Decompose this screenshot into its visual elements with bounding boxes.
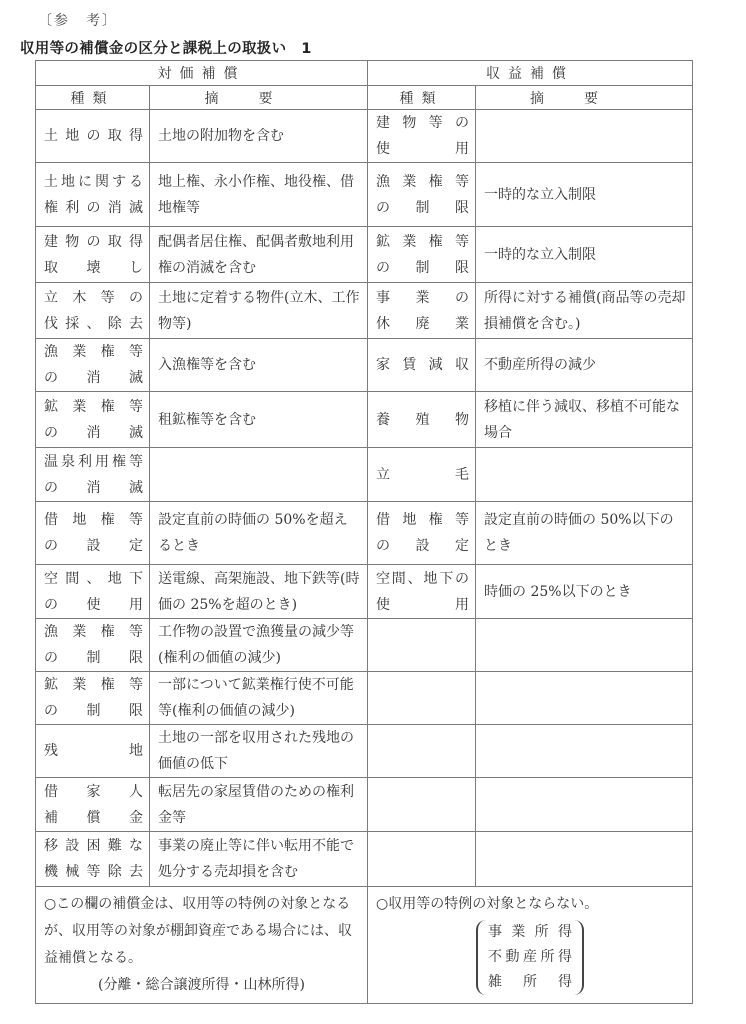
table-row: 土地の取得土地の附加物を含む建物等の使用 xyxy=(36,110,693,163)
type-char: 毛 xyxy=(455,462,469,488)
type-char: 用 xyxy=(455,592,469,618)
type-char: 限 xyxy=(455,195,469,221)
type-line: の制限 xyxy=(44,645,143,671)
header-type-left: 種類 xyxy=(36,86,150,110)
income-type: 養殖物 xyxy=(368,392,476,448)
type-char: 漁 xyxy=(376,169,390,195)
type-char: 等 xyxy=(455,169,469,195)
type-char: 難 xyxy=(108,833,122,859)
table-row: 鉱業権等の消滅租鉱権等を含む養殖物移植に伴う減収、移植不可能な場合 xyxy=(36,392,693,448)
consideration-type: 空間、地下の使用 xyxy=(36,565,150,619)
type-char: 金 xyxy=(129,805,143,831)
type-line: の設定 xyxy=(44,533,143,559)
income-type: 事業の休廃業 xyxy=(368,283,476,339)
type-line: の設定 xyxy=(376,533,469,559)
notes-row: ○この欄の補償金は、収用等の特例の対象となるが、収用等の対象が棚卸資産である場合… xyxy=(36,887,693,1004)
income-type xyxy=(368,778,476,832)
type-char: 等 xyxy=(101,285,115,311)
type-char: 業 xyxy=(72,339,86,365)
type-line: 養殖物 xyxy=(376,407,469,433)
type-char: 立 xyxy=(44,285,58,311)
type-line: 立木等の xyxy=(44,285,143,311)
income-summary: 設定直前の時価の 50%以下のとき xyxy=(476,502,693,565)
income-type-char: 雑 xyxy=(488,970,502,995)
type-char: 借 xyxy=(44,779,58,805)
type-char: 建 xyxy=(376,110,390,136)
type-char: 人 xyxy=(129,779,143,805)
consideration-summary: 転居先の家屋賃借のための権利金等 xyxy=(150,778,368,832)
consideration-note: ○この欄の補償金は、収用等の特例の対象となるが、収用等の対象が棚卸資産である場合… xyxy=(36,887,368,1004)
income-type: 立毛 xyxy=(368,448,476,502)
type-line: 漁業権等 xyxy=(376,169,469,195)
income-type-char: 所 xyxy=(535,920,549,945)
document-title: 収用等の補償金の区分と課税上の取扱い 1 xyxy=(20,37,312,58)
type-char: の xyxy=(87,229,101,255)
income-type-char: 事 xyxy=(488,920,502,945)
type-char: 地 xyxy=(129,738,143,764)
type-line: の消滅 xyxy=(44,365,143,391)
type-char: 限 xyxy=(455,255,469,281)
income-summary: 一時的な立入制限 xyxy=(476,227,693,283)
type-char: 関 xyxy=(95,169,109,195)
consideration-type: 漁業権等の制限 xyxy=(36,619,150,672)
type-char: 利 xyxy=(78,449,92,475)
type-char: 空 xyxy=(44,566,58,592)
type-char: 収 xyxy=(455,352,469,378)
type-char: に xyxy=(78,169,92,195)
income-types-bracket-wrap: 事業所得不動産所得雑所得 xyxy=(376,920,684,995)
type-line: 休廃業 xyxy=(376,311,469,337)
type-char: 土 xyxy=(44,169,58,195)
type-line: の制限 xyxy=(44,698,143,724)
type-char: 木 xyxy=(72,285,86,311)
type-char: 消 xyxy=(108,195,122,221)
type-char: 等 xyxy=(129,339,143,365)
consideration-type: 残地 xyxy=(36,725,150,778)
type-char: 休 xyxy=(376,311,390,337)
header-summary-left: 摘要 xyxy=(150,86,368,110)
type-char: 借 xyxy=(44,507,58,533)
type-char: 立 xyxy=(376,462,390,488)
type-char: す xyxy=(112,169,126,195)
type-char: の xyxy=(455,285,469,311)
type-char: 利 xyxy=(65,195,79,221)
type-line: 温泉利用権等 xyxy=(44,449,143,475)
compensation-table: 対価補償 収益補償 種類 摘要 種類 摘要 土地の取得土地の附加物を含む建物等の… xyxy=(35,60,693,1004)
type-char: 事 xyxy=(376,285,390,311)
income-type-char: 動 xyxy=(506,945,520,970)
income-type-char: 業 xyxy=(511,920,525,945)
type-char: 権 xyxy=(112,449,126,475)
table-row: 漁業権等の消滅入漁権等を含む家賃減収不動産所得の減少 xyxy=(36,339,693,392)
type-char: 地 xyxy=(61,169,75,195)
table-row: 鉱業権等の制限一部について鉱業権行使不可能等(権利の価値の減少) xyxy=(36,672,693,725)
type-char: る xyxy=(129,169,143,195)
type-char: 、 xyxy=(87,311,101,337)
income-type xyxy=(368,725,476,778)
type-char: 等 xyxy=(129,619,143,645)
type-char: 等 xyxy=(429,110,443,136)
type-line: 取壊し xyxy=(44,255,143,281)
type-line: の使用 xyxy=(44,592,143,618)
type-char: 地 xyxy=(423,566,437,592)
type-line: 立毛 xyxy=(376,462,469,488)
consideration-summary: 配偶者居住権、配偶者敷地利用権の消滅を含む xyxy=(150,227,368,283)
consideration-summary: 事業の廃止等に伴い転用不能で処分する売却損を含む xyxy=(150,832,368,887)
type-line: 権利の消滅 xyxy=(44,195,143,221)
type-char: の xyxy=(44,420,58,446)
income-summary xyxy=(476,110,693,163)
consideration-type: 借家人補償金 xyxy=(36,778,150,832)
type-char: 消 xyxy=(87,420,101,446)
consideration-summary: 土地に定着する物件(立木、工作物等) xyxy=(150,283,368,339)
income-note-text: ○収用等の特例の対象とならない。 xyxy=(376,891,684,918)
type-char: 取 xyxy=(108,229,122,255)
type-char: 業 xyxy=(402,229,416,255)
income-types-bracket: 事業所得不動産所得雑所得 xyxy=(476,920,584,995)
income-note: ○収用等の特例の対象とならない。事業所得不動産所得雑所得 xyxy=(368,887,693,1004)
type-char: 下 xyxy=(129,566,143,592)
table-row: 土地に関する権利の消滅地上権、永小作権、地役権、借地権等漁業権等の制限一時的な立… xyxy=(36,163,693,227)
type-char: 業 xyxy=(72,394,86,420)
type-char: 限 xyxy=(129,698,143,724)
type-char: 殖 xyxy=(416,407,430,433)
income-type-char: 得 xyxy=(558,920,572,945)
consideration-income-types: (分離・総合譲渡所得・山林所得) xyxy=(44,972,359,999)
type-char: 権 xyxy=(101,672,115,698)
type-char: 伐 xyxy=(44,311,58,337)
type-char: 等 xyxy=(129,507,143,533)
type-char: の xyxy=(44,645,58,671)
income-type-line: 不動産所得 xyxy=(488,945,572,970)
type-char: 権 xyxy=(101,394,115,420)
income-type: 漁業権等の制限 xyxy=(368,163,476,227)
consideration-summary: 工作物の設置で漁獲量の減少等(権利の価値の減少) xyxy=(150,619,368,672)
type-char: 等 xyxy=(87,859,101,885)
income-type: 家賃減収 xyxy=(368,339,476,392)
consideration-type: 鉱業権等の制限 xyxy=(36,672,150,725)
income-type-line: 事業所得 xyxy=(488,920,572,945)
consideration-summary: 租鉱権等を含む xyxy=(150,392,368,448)
table-row: 移設困難な機械等除去事業の廃止等に伴い転用不能で処分する売却損を含む xyxy=(36,832,693,887)
type-line: 家賃減収 xyxy=(376,352,469,378)
type-char: 設 xyxy=(65,833,79,859)
type-char: 得 xyxy=(129,123,143,149)
consideration-summary: 土地の附加物を含む xyxy=(150,110,368,163)
income-type: 空間、地下の使用 xyxy=(368,565,476,619)
type-line: 補償金 xyxy=(44,805,143,831)
type-char: 去 xyxy=(129,859,143,885)
type-char: 間 xyxy=(392,566,406,592)
type-line: 空間、地下 xyxy=(44,566,143,592)
table-row: 残地土地の一部を収用された残地の価値の低下 xyxy=(36,725,693,778)
consideration-type: 土地に関する権利の消滅 xyxy=(36,163,150,227)
type-char: 漁 xyxy=(44,619,58,645)
type-char: 滅 xyxy=(129,475,143,501)
income-type-char: 不 xyxy=(488,945,502,970)
income-type-char: 産 xyxy=(523,945,537,970)
type-line: 土地の取得 xyxy=(44,123,143,149)
type-char: の xyxy=(87,123,101,149)
type-char: 地 xyxy=(402,507,416,533)
type-char: 権 xyxy=(429,229,443,255)
type-char: 、 xyxy=(408,566,422,592)
type-char: 借 xyxy=(376,507,390,533)
consideration-type: 鉱業権等の消滅 xyxy=(36,392,150,448)
type-char: 権 xyxy=(429,169,443,195)
consideration-type: 立木等の伐採、除去 xyxy=(36,283,150,339)
type-char: 定 xyxy=(129,533,143,559)
header-type-right: 種類 xyxy=(368,86,476,110)
type-char: 械 xyxy=(65,859,79,885)
type-char: 移 xyxy=(44,833,58,859)
consideration-type: 移設困難な機械等除去 xyxy=(36,832,150,887)
consideration-type: 建物の取得取壊し xyxy=(36,227,150,283)
type-char: 残 xyxy=(44,738,58,764)
income-type: 建物等の使用 xyxy=(368,110,476,163)
income-summary xyxy=(476,672,693,725)
type-char: の xyxy=(376,195,390,221)
consideration-type: 漁業権等の消滅 xyxy=(36,339,150,392)
type-char: の xyxy=(376,533,390,559)
consideration-type: 土地の取得 xyxy=(36,110,150,163)
type-char: な xyxy=(129,833,143,859)
type-char: 間 xyxy=(65,566,79,592)
table-row: 建物の取得取壊し配偶者居住権、配偶者敷地利用権の消滅を含む鉱業権等の制限一時的な… xyxy=(36,227,693,283)
consideration-type: 借地権等の設定 xyxy=(36,502,150,565)
consideration-summary: 一部について鉱業権行使不可能等(権利の価値の減少) xyxy=(150,672,368,725)
income-summary: 不動産所得の減少 xyxy=(476,339,693,392)
type-char: 業 xyxy=(402,169,416,195)
type-char: 用 xyxy=(455,136,469,162)
type-char: の xyxy=(44,365,58,391)
type-char: 鉱 xyxy=(44,672,58,698)
type-line: 機械等除去 xyxy=(44,859,143,885)
type-char: 、 xyxy=(87,566,101,592)
type-char: 権 xyxy=(101,339,115,365)
type-char: 取 xyxy=(44,255,58,281)
type-char: 減 xyxy=(429,352,443,378)
type-char: の xyxy=(87,195,101,221)
type-char: の xyxy=(44,533,58,559)
header-consideration-compensation: 対価補償 xyxy=(36,61,368,86)
type-char: 滅 xyxy=(129,420,143,446)
table-row: 空間、地下の使用送電線、高架施設、地下鉄等(時価の 25%を超のとき)空間、地下… xyxy=(36,565,693,619)
income-summary: 移植に伴う減収、移植不可能な場合 xyxy=(476,392,693,448)
type-char: 土 xyxy=(44,123,58,149)
consideration-summary: 送電線、高架施設、地下鉄等(時価の 25%を超のとき) xyxy=(150,565,368,619)
type-char: 業 xyxy=(416,285,430,311)
type-char: 等 xyxy=(129,672,143,698)
type-char: 空 xyxy=(376,566,390,592)
type-line: 鉱業権等 xyxy=(376,229,469,255)
type-line: 鉱業権等 xyxy=(44,394,143,420)
income-summary xyxy=(476,832,693,887)
type-line: 空間、地下の xyxy=(376,566,469,592)
type-char: 家 xyxy=(87,779,101,805)
type-char: 用 xyxy=(129,592,143,618)
consideration-summary: 土地の一部を収用された残地の価値の低下 xyxy=(150,725,368,778)
consideration-summary xyxy=(150,448,368,502)
type-char: 下 xyxy=(439,566,453,592)
type-line: の制限 xyxy=(376,195,469,221)
type-char: 物 xyxy=(455,407,469,433)
type-char: 鉱 xyxy=(44,394,58,420)
type-char: 等 xyxy=(129,394,143,420)
consideration-type: 温泉利用権等の消滅 xyxy=(36,448,150,502)
type-char: 権 xyxy=(429,507,443,533)
type-char: 補 xyxy=(44,805,58,831)
type-line: 伐採、除去 xyxy=(44,311,143,337)
income-type-char: 所 xyxy=(541,945,555,970)
type-line: 漁業権等 xyxy=(44,339,143,365)
type-line: の消滅 xyxy=(44,420,143,446)
type-char: 採 xyxy=(65,311,79,337)
type-char: 除 xyxy=(108,859,122,885)
type-char: 業 xyxy=(455,311,469,337)
type-char: 物 xyxy=(65,229,79,255)
type-line: 事業の xyxy=(376,285,469,311)
type-line: 鉱業権等 xyxy=(44,672,143,698)
income-type xyxy=(368,672,476,725)
type-line: の消滅 xyxy=(44,475,143,501)
consideration-summary: 地上権、永小作権、地役権、借地権等 xyxy=(150,163,368,227)
type-char: の xyxy=(455,110,469,136)
income-type-char: 得 xyxy=(558,970,572,995)
type-line: 土地に関する xyxy=(44,169,143,195)
income-summary: 一時的な立入制限 xyxy=(476,163,693,227)
table-row: 借地権等の設定設定直前の時価の 50%を超えるとき借地権等の設定設定直前の時価の… xyxy=(36,502,693,565)
type-char: 業 xyxy=(72,672,86,698)
type-char: 温 xyxy=(44,449,58,475)
type-char: 制 xyxy=(416,255,430,281)
type-char: 使 xyxy=(87,592,101,618)
type-char: 権 xyxy=(44,195,58,221)
type-char: 去 xyxy=(129,311,143,337)
type-char: 地 xyxy=(108,566,122,592)
type-char: 定 xyxy=(455,533,469,559)
type-char: 滅 xyxy=(129,365,143,391)
income-type xyxy=(368,619,476,672)
type-char: の xyxy=(129,285,143,311)
type-char: 権 xyxy=(101,507,115,533)
table-row: 借家人補償金転居先の家屋賃借のための権利金等 xyxy=(36,778,693,832)
type-char: 除 xyxy=(108,311,122,337)
type-char: 得 xyxy=(129,229,143,255)
income-type: 鉱業権等の制限 xyxy=(368,227,476,283)
type-line: 建物等の xyxy=(376,110,469,136)
table-row: 立木等の伐採、除去土地に定着する物件(立木、工作物等)事業の休廃業所得に対する補… xyxy=(36,283,693,339)
type-line: 建物の取得 xyxy=(44,229,143,255)
income-summary xyxy=(476,448,693,502)
type-char: 限 xyxy=(129,645,143,671)
type-char: 物 xyxy=(402,110,416,136)
type-char: 等 xyxy=(455,229,469,255)
type-line: 借地権等 xyxy=(376,507,469,533)
type-char: 養 xyxy=(376,407,390,433)
type-char: 漁 xyxy=(44,339,58,365)
type-char: 取 xyxy=(108,123,122,149)
income-summary xyxy=(476,725,693,778)
type-char: 消 xyxy=(87,365,101,391)
reference-label: 〔参 考〕 xyxy=(38,10,118,30)
type-char: 壊 xyxy=(87,255,101,281)
type-char: の xyxy=(44,475,58,501)
table-row: 漁業権等の制限工作物の設置で漁獲量の減少等(権利の価値の減少) xyxy=(36,619,693,672)
type-char: の xyxy=(455,566,469,592)
type-char: 設 xyxy=(416,533,430,559)
type-char: 鉱 xyxy=(376,229,390,255)
income-type-char: 得 xyxy=(558,945,572,970)
type-char: 廃 xyxy=(416,311,430,337)
income-summary: 所得に対する補償(商品等の売却損補償を含む。) xyxy=(476,283,693,339)
type-char: 使 xyxy=(376,136,390,162)
group-header-row: 対価補償 収益補償 xyxy=(36,61,693,86)
type-char: 償 xyxy=(87,805,101,831)
header-summary-right: 摘要 xyxy=(476,86,693,110)
income-type xyxy=(368,832,476,887)
header-income-compensation: 収益補償 xyxy=(368,61,693,86)
type-line: 借家人 xyxy=(44,779,143,805)
type-char: 困 xyxy=(87,833,101,859)
type-line: 使用 xyxy=(376,136,469,162)
type-char: 制 xyxy=(87,698,101,724)
type-char: 用 xyxy=(95,449,109,475)
income-summary: 時価の 25%以下のとき xyxy=(476,565,693,619)
type-char: 設 xyxy=(87,533,101,559)
table-row: 温泉利用権等の消滅立毛 xyxy=(36,448,693,502)
type-char: 使 xyxy=(376,592,390,618)
income-summary xyxy=(476,778,693,832)
income-summary xyxy=(476,619,693,672)
consideration-summary: 設定直前の時価の 50%を超えるとき xyxy=(150,502,368,565)
type-char: 制 xyxy=(87,645,101,671)
type-char: 業 xyxy=(72,619,86,645)
type-line: 残地 xyxy=(44,738,143,764)
income-type-char: 所 xyxy=(523,970,537,995)
type-char: 機 xyxy=(44,859,58,885)
type-char: 家 xyxy=(376,352,390,378)
type-line: 漁業権等 xyxy=(44,619,143,645)
type-char: 地 xyxy=(72,507,86,533)
type-char: 滅 xyxy=(129,195,143,221)
type-char: 権 xyxy=(101,619,115,645)
type-char: 等 xyxy=(455,507,469,533)
type-char: 建 xyxy=(44,229,58,255)
type-char: 泉 xyxy=(61,449,75,475)
type-char: の xyxy=(376,255,390,281)
type-char: 制 xyxy=(416,195,430,221)
income-type-line: 雑所得 xyxy=(488,970,572,995)
type-char: 地 xyxy=(65,123,79,149)
income-type: 借地権等の設定 xyxy=(368,502,476,565)
type-line: 移設困難な xyxy=(44,833,143,859)
type-line: 借地権等 xyxy=(44,507,143,533)
type-line: 使用 xyxy=(376,592,469,618)
type-char: 消 xyxy=(87,475,101,501)
type-char: 賃 xyxy=(402,352,416,378)
type-char: し xyxy=(129,255,143,281)
type-char: の xyxy=(44,698,58,724)
type-char: 等 xyxy=(129,449,143,475)
type-char: の xyxy=(44,592,58,618)
consideration-summary: 入漁権等を含む xyxy=(150,339,368,392)
consideration-note-text: ○この欄の補償金は、収用等の特例の対象となるが、収用等の対象が棚卸資産である場合… xyxy=(44,891,359,972)
column-header-row: 種類 摘要 種類 摘要 xyxy=(36,86,693,110)
type-line: の制限 xyxy=(376,255,469,281)
